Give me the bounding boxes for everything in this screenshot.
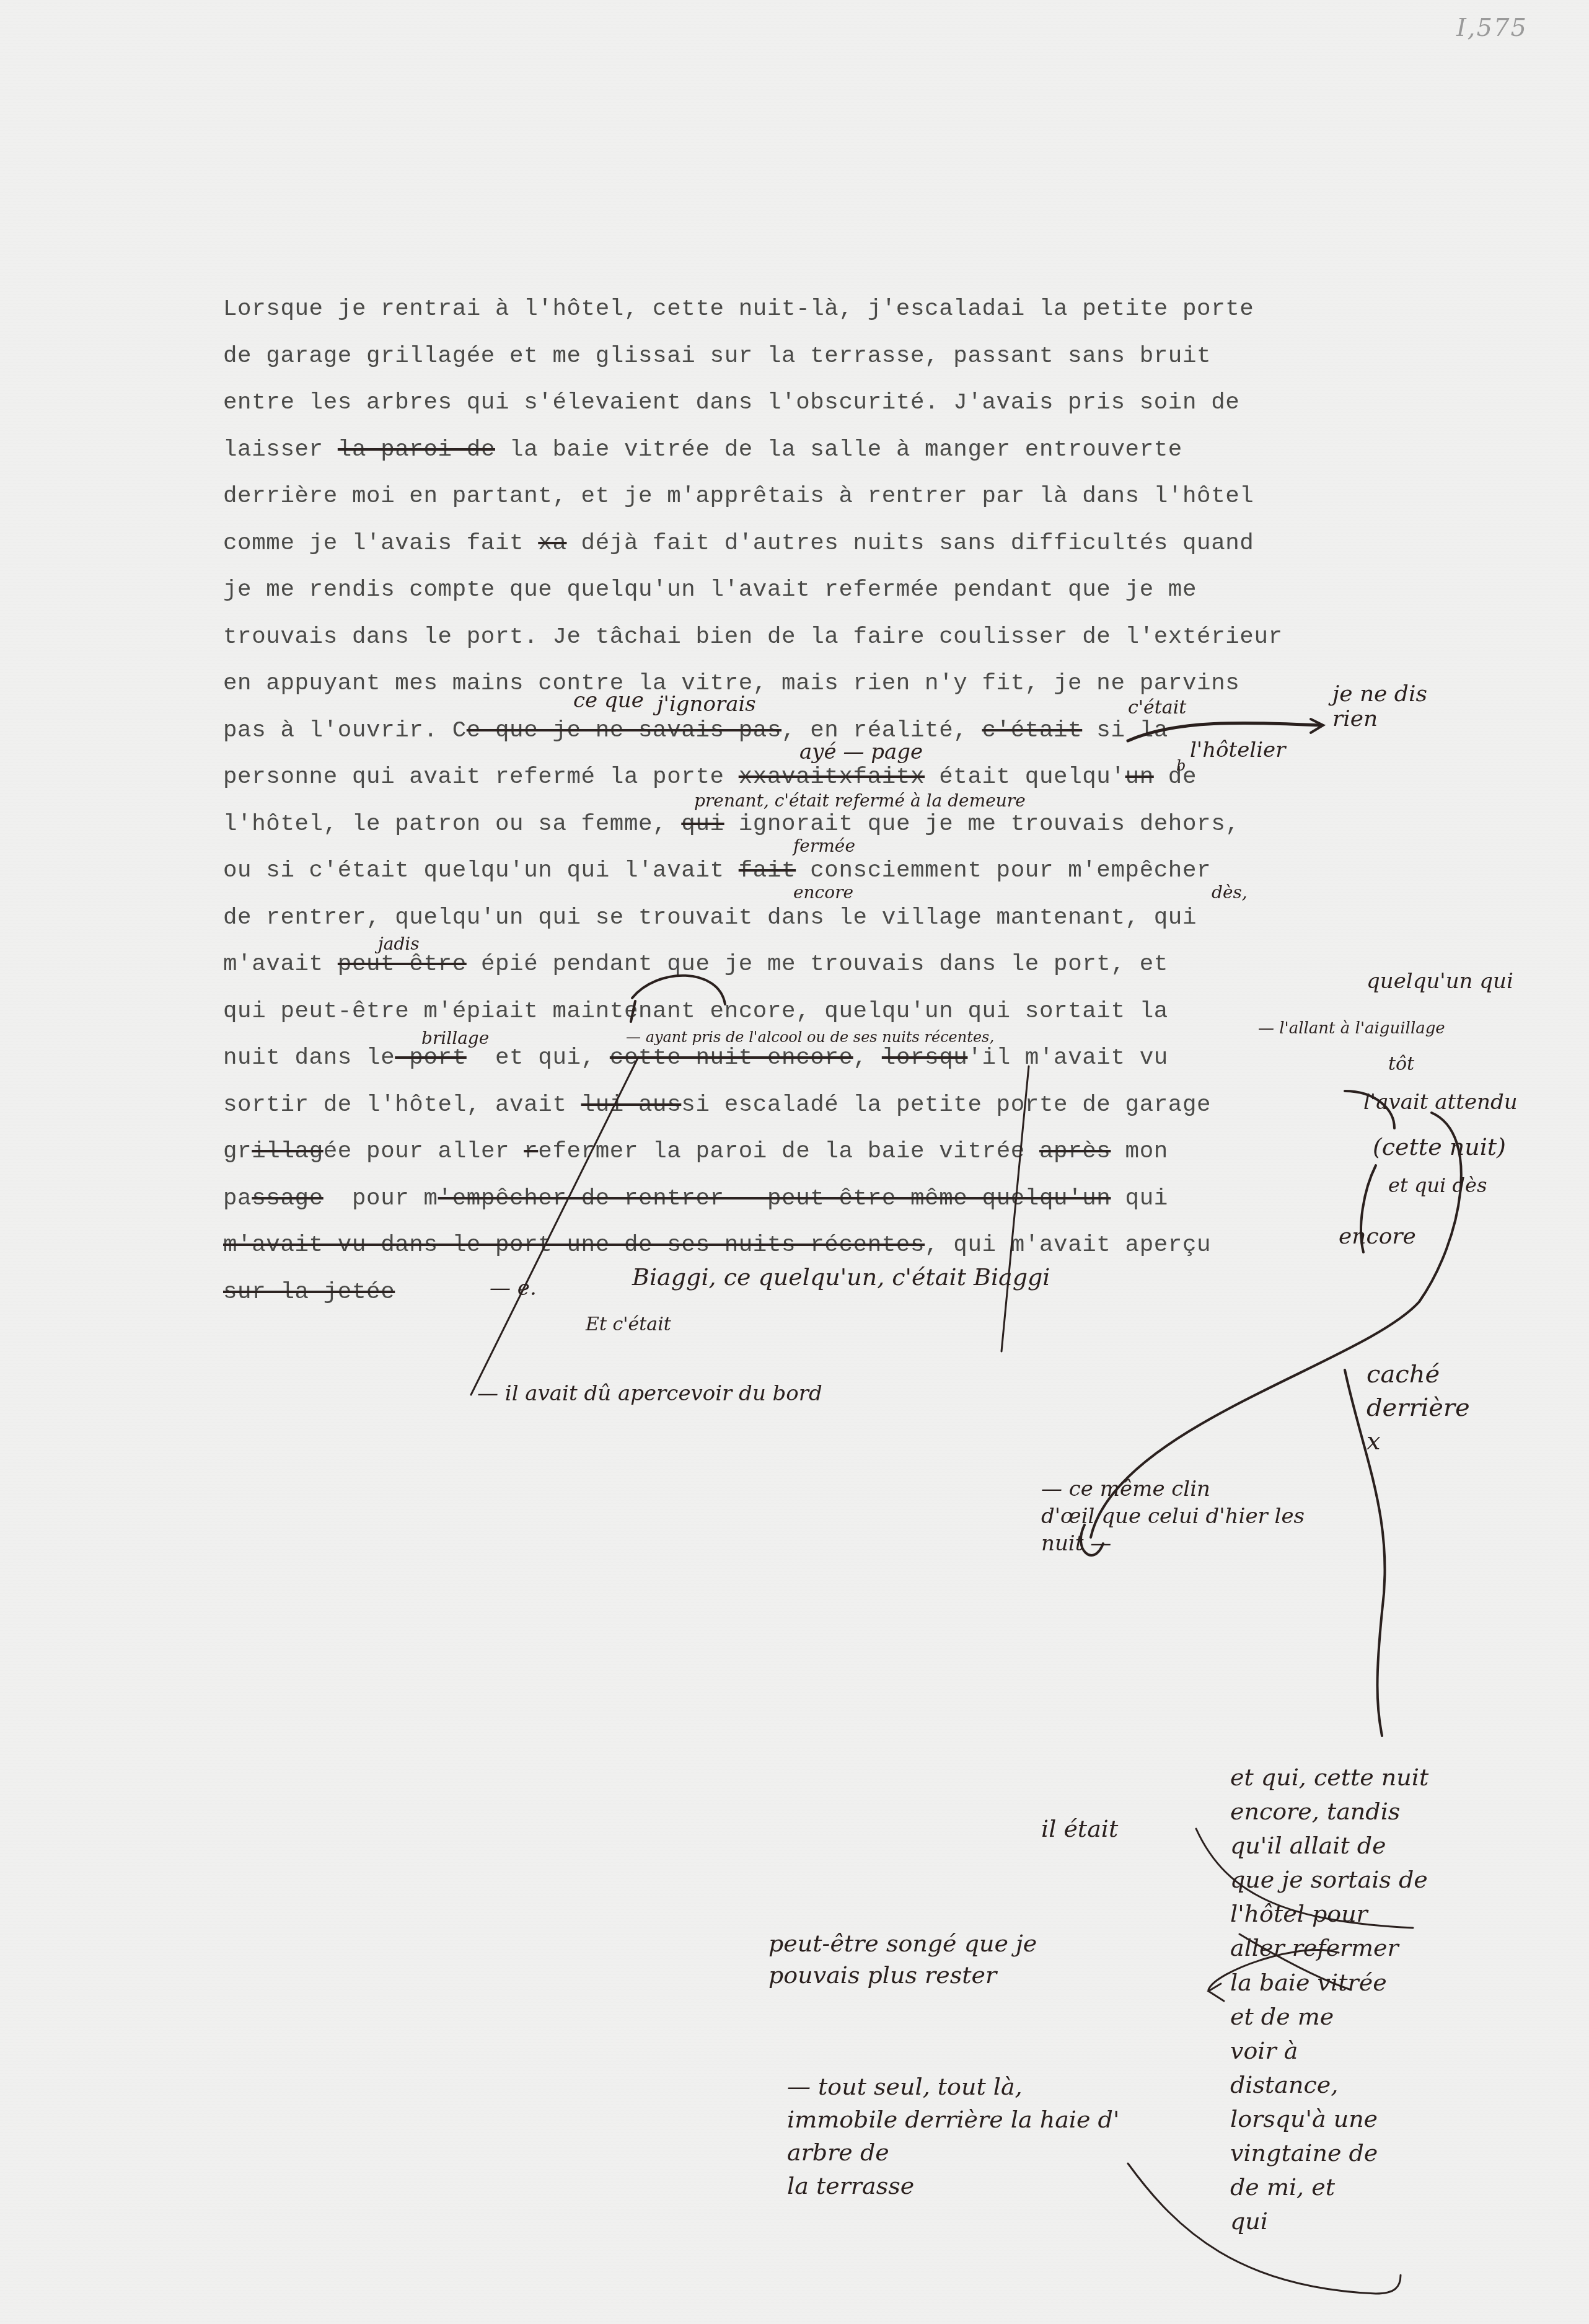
annotation-apercevoir-du-bord: — il avait dû apercevoir du bord bbox=[477, 1382, 822, 1405]
typed-line: je me rendis compte que quelqu'un l'avai… bbox=[223, 577, 1197, 603]
annotation-biaggi: Biaggi, ce quelqu'un, c'était Biaggi bbox=[632, 1265, 1050, 1291]
struck-text: xa bbox=[538, 531, 566, 557]
annotation-il-etait: il était bbox=[1041, 1816, 1118, 1842]
typed-line: de rentrer, quelqu'un qui se trouvait da… bbox=[223, 905, 1197, 931]
struck-text: après bbox=[1039, 1139, 1111, 1165]
typed-text: m'avait bbox=[223, 952, 338, 978]
annotation-plus-rester: peut-être songé que je pouvais plus rest… bbox=[768, 1928, 1037, 1992]
typed-text: , bbox=[853, 1045, 882, 1071]
typed-line: nuit dans le port et qui, cette nuit enc… bbox=[223, 1045, 1168, 1071]
typed-text: qui bbox=[1111, 1186, 1168, 1212]
typed-text: ignorait que je me trouvais dehors, bbox=[724, 811, 1240, 837]
struck-text: peut-être bbox=[338, 952, 467, 978]
annotation-lower-right-block: et qui, cette nuit encore, tandis qu'il … bbox=[1230, 1761, 1428, 2238]
typed-text: nuit dans le bbox=[223, 1045, 395, 1071]
annotation-fermee: fermée bbox=[793, 837, 855, 856]
typed-text: de rentrer, quelqu'un qui se trouvait da… bbox=[223, 905, 1197, 931]
typed-text: l'hôtel, le patron ou sa femme, bbox=[223, 811, 681, 837]
struck-text: fait bbox=[739, 858, 796, 884]
typed-text: ée pour aller bbox=[324, 1139, 524, 1165]
typed-line: personne qui avait refermé la porte xxav… bbox=[223, 764, 1197, 790]
struck-text: sur la jetée bbox=[223, 1279, 395, 1306]
typed-text: pour m bbox=[324, 1186, 438, 1212]
annotation-encore-margin: encore bbox=[1339, 1224, 1416, 1249]
struck-text: port bbox=[395, 1045, 467, 1071]
typed-text: si la bbox=[1082, 718, 1168, 744]
typed-line: comme je l'avais fait xa déjà fait d'aut… bbox=[223, 531, 1254, 557]
typed-line: passage pour m'empêcher de rentrer — peu… bbox=[223, 1186, 1168, 1212]
annotation-et-cetait: Et c'était bbox=[586, 1314, 671, 1335]
struck-text: c'était bbox=[982, 718, 1083, 744]
typed-line: l'hôtel, le patron ou sa femme, qui igno… bbox=[223, 811, 1239, 837]
typed-text: de bbox=[1154, 764, 1197, 790]
typed-line: trouvais dans le port. Je tâchai bien de… bbox=[223, 624, 1283, 650]
annotation-refermee: prenant, c'était refermé à la demeure bbox=[694, 792, 1026, 811]
struck-text: xxavaitxfaitx bbox=[739, 764, 925, 790]
folio-number: I,575 bbox=[1456, 14, 1528, 42]
typed-text: si escaladé la petite porte de garage bbox=[681, 1092, 1211, 1118]
typed-line: qui peut-être m'épiait maintenant encore… bbox=[223, 999, 1168, 1025]
typed-text: pa bbox=[223, 1186, 252, 1212]
struck-text: cette nuit encore bbox=[610, 1045, 853, 1071]
typed-line: laisser la paroi de la baie vitrée de la… bbox=[223, 437, 1182, 463]
typed-line: grillagée pour aller refermer la paroi d… bbox=[223, 1139, 1168, 1165]
typed-text: qui peut-être m'épiait maintenant encore… bbox=[223, 999, 1168, 1025]
typed-text: , qui m'avait aperçu bbox=[925, 1232, 1211, 1258]
struck-text: illag bbox=[252, 1139, 324, 1165]
typed-text: Lorsque je rentrai à l'hôtel, cette nuit… bbox=[223, 296, 1254, 322]
typed-text: entre les arbres qui s'élevaient dans l'… bbox=[223, 390, 1239, 416]
annotation-ayant-pris: — ayant pris de l'alcool ou de ses nuits… bbox=[626, 1029, 994, 1045]
typed-line: ou si c'était quelqu'un qui l'avait fait… bbox=[223, 858, 1211, 884]
struck-text: qui bbox=[681, 811, 724, 837]
annotation-meme-clin: — ce même clin d'œil que celui d'hier le… bbox=[1041, 1475, 1305, 1558]
annotation-jadis: jadis bbox=[378, 935, 420, 954]
struck-text: m'avait vu dans le port une de ses nuits… bbox=[223, 1232, 925, 1258]
typed-text: trouvais dans le port. Je tâchai bien de… bbox=[223, 624, 1283, 650]
annotation-quelquun-qui: quelqu'un qui bbox=[1367, 970, 1513, 993]
annotation-e: — e. bbox=[490, 1277, 537, 1300]
typed-text: mon bbox=[1111, 1139, 1168, 1165]
annotation-jignorais: j'ignorais bbox=[657, 693, 756, 716]
annotation-cache-derriere: caché derrière x bbox=[1367, 1358, 1470, 1458]
typed-line: derrière moi en partant, et je m'apprêta… bbox=[223, 484, 1254, 510]
typed-line: de garage grillagée et me glissai sur la… bbox=[223, 343, 1211, 369]
typed-text: je me rendis compte que quelqu'un l'avai… bbox=[223, 577, 1197, 603]
annotation-lavait-attendu: l'avait attendu bbox=[1363, 1091, 1518, 1114]
typed-text: déjà fait d'autres nuits sans difficulté… bbox=[567, 531, 1254, 557]
struck-text: la paroi de bbox=[338, 437, 495, 463]
annotation-cetait: c'était bbox=[1128, 697, 1186, 718]
typed-text: pas à l'ouvrir. C bbox=[223, 718, 467, 744]
annotation-cette-nuit: (cette nuit) bbox=[1373, 1134, 1506, 1160]
annotation-ce-que: ce que bbox=[573, 689, 644, 712]
typed-text: était quelqu' bbox=[925, 764, 1125, 790]
annotation-des: dès, bbox=[1212, 883, 1248, 903]
annotation-tout-seul: — tout seul, tout là, immobile derrière … bbox=[787, 2070, 1119, 2202]
typed-line: entre les arbres qui s'élevaient dans l'… bbox=[223, 390, 1239, 416]
typed-text: gr bbox=[223, 1139, 252, 1165]
typed-line: sortir de l'hôtel, avait lui aussi escal… bbox=[223, 1092, 1211, 1118]
typed-text: sortir de l'hôtel, avait bbox=[223, 1092, 581, 1118]
struck-text: lorsqu bbox=[882, 1045, 968, 1071]
struck-text: un bbox=[1125, 764, 1154, 790]
annotation-tot: tôt bbox=[1388, 1054, 1414, 1074]
typed-text: épié pendant que je me trouvais dans le … bbox=[467, 952, 1168, 978]
typed-line: Lorsque je rentrai à l'hôtel, cette nuit… bbox=[223, 296, 1254, 322]
typed-text: personne qui avait refermé la porte bbox=[223, 764, 739, 790]
annotation-margin-je-ne-dis-rien: je ne dis rien bbox=[1332, 682, 1427, 731]
annotation-brillage: brillage bbox=[421, 1029, 489, 1048]
typed-text: derrière moi en partant, et je m'apprêta… bbox=[223, 484, 1254, 510]
typed-line: sur la jetée bbox=[223, 1279, 395, 1306]
annotation-et-qui-des: et qui dès bbox=[1388, 1175, 1487, 1196]
typed-line: m'avait vu dans le port une de ses nuits… bbox=[223, 1232, 1211, 1258]
typed-line: pas à l'ouvrir. Ce que je ne savais pas,… bbox=[223, 718, 1168, 744]
struck-text: r bbox=[524, 1139, 538, 1165]
struck-text: lui aus bbox=[581, 1092, 682, 1118]
annotation-hotelier: l'hôtelier bbox=[1190, 739, 1286, 762]
typed-text: de garage grillagée et me glissai sur la… bbox=[223, 343, 1211, 369]
typed-text: laisser bbox=[223, 437, 338, 463]
struck-text: ssage bbox=[252, 1186, 324, 1212]
typed-text: efermer la paroi de la baie vitrée bbox=[538, 1139, 1039, 1165]
typed-text: consciemment pour m'empêcher bbox=[796, 858, 1211, 884]
annotation-encore: encore bbox=[793, 883, 853, 903]
typed-text: comme je l'avais fait bbox=[223, 531, 538, 557]
struck-text: e que je ne savais pas bbox=[467, 718, 781, 744]
annotation-page: ayé — page bbox=[799, 741, 923, 764]
typed-text: 'il m'avait vu bbox=[967, 1045, 1168, 1071]
struck-text: 'empêcher de rentrer — peut-être même qu… bbox=[438, 1186, 1111, 1212]
typed-line: m'avait peut-être épié pendant que je me… bbox=[223, 952, 1168, 978]
typed-text: ou si c'était quelqu'un qui l'avait bbox=[223, 858, 739, 884]
typed-text: la baie vitrée de la salle à manger entr… bbox=[495, 437, 1182, 463]
typed-text: et qui, bbox=[467, 1045, 610, 1071]
manuscript-page: I,575 Lorsque je rentrai à l'hôtel, cett… bbox=[0, 0, 1589, 2324]
annotation-allant-aiguillage: — l'allant à l'aiguillage bbox=[1258, 1020, 1445, 1038]
annotation-b: b bbox=[1176, 758, 1186, 774]
